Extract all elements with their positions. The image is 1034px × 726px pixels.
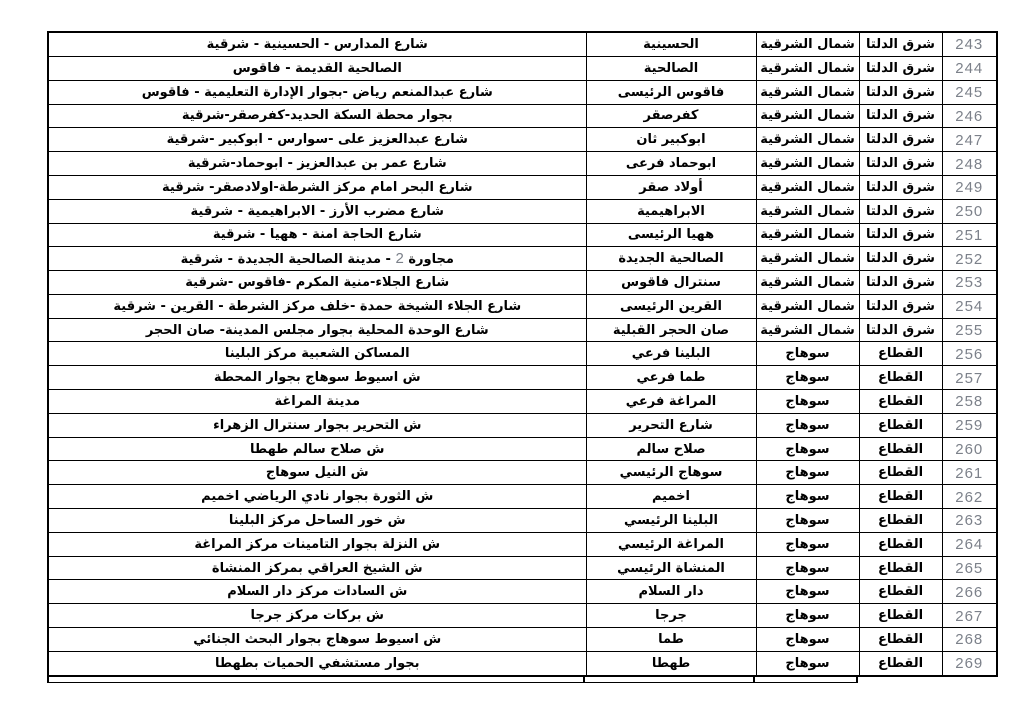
numeric-text: 249: [955, 179, 983, 196]
table-row: 260القطاعسوهاجصلاح سالمش صلاح سالم طهطا: [48, 437, 997, 461]
address-cell: ش النزلة بجوار التامينات مركز المراغة: [48, 532, 586, 556]
zone-cell: القطاع: [859, 604, 942, 628]
zone-cell: القطاع: [859, 509, 942, 533]
address-cell: ش اسيوط سوهاج بجوار المحطة: [48, 366, 586, 390]
numeric-text: 262: [955, 489, 983, 506]
exchange-directory-table-wrap: 243شرق الدلتاشمال الشرقيةالحسينيةشارع ال…: [47, 31, 998, 677]
address-cell: ش بركات مركز جرجا: [48, 604, 586, 628]
address-cell: ش الثورة بجوار نادي الرياضي اخميم: [48, 485, 586, 509]
exchange-name-cell: الصالحية: [586, 56, 756, 80]
exchange-name-cell: الحسينية: [586, 32, 756, 56]
governorate-cell: شمال الشرقية: [756, 104, 859, 128]
serial-number-cell: 246: [942, 104, 997, 128]
governorate-cell: سوهاج: [756, 461, 859, 485]
table-row: 262القطاعسوهاجاخميمش الثورة بجوار نادي ا…: [48, 485, 997, 509]
numeric-text: 2: [395, 250, 403, 267]
address-cell: ش خور الساحل مركز البلينا: [48, 509, 586, 533]
partial-next-row-fragment: [47, 677, 858, 683]
table-row: 256القطاعسوهاجالبلينا فرعيالمساكن الشعبي…: [48, 342, 997, 366]
governorate-cell: شمال الشرقية: [756, 271, 859, 295]
zone-cell: شرق الدلتا: [859, 104, 942, 128]
serial-number-cell: 248: [942, 152, 997, 176]
governorate-cell: شمال الشرقية: [756, 294, 859, 318]
zone-cell: شرق الدلتا: [859, 271, 942, 295]
serial-number-cell: 252: [942, 247, 997, 271]
table-row: 259القطاعسوهاجشارع التحريرش التحرير بجوا…: [48, 413, 997, 437]
table-row: 261القطاعسوهاجسوهاج الرئيسيش النيل سوهاج: [48, 461, 997, 485]
zone-cell: القطاع: [859, 485, 942, 509]
address-cell: شارع الحاجة امنة - ههيا - شرقية: [48, 223, 586, 247]
numeric-text: 260: [955, 441, 983, 458]
governorate-cell: سوهاج: [756, 580, 859, 604]
exchange-name-cell: أولاد صقر: [586, 175, 756, 199]
serial-number-cell: 245: [942, 80, 997, 104]
table-row: 247شرق الدلتاشمال الشرقيةابوكبير ثانشارع…: [48, 128, 997, 152]
numeric-text: 265: [955, 560, 983, 577]
address-cell: مدينة المراغة: [48, 390, 586, 414]
table-row: 250شرق الدلتاشمال الشرقيةالابراهيميةشارع…: [48, 199, 997, 223]
numeric-text: 264: [955, 536, 983, 553]
serial-number-cell: 255: [942, 318, 997, 342]
governorate-cell: سوهاج: [756, 342, 859, 366]
document-page: { "page": { "background": "#ffffff" }, "…: [0, 0, 1034, 726]
table-row: 253شرق الدلتاشمال الشرقيةسنترال فاقوسشار…: [48, 271, 997, 295]
zone-cell: شرق الدلتا: [859, 32, 942, 56]
address-cell: ش السادات مركز دار السلام: [48, 580, 586, 604]
table-row: 263القطاعسوهاجالبلينا الرئيسيش خور الساح…: [48, 509, 997, 533]
numeric-text: 245: [955, 84, 983, 101]
zone-cell: شرق الدلتا: [859, 318, 942, 342]
exchange-name-cell: طما فرعي: [586, 366, 756, 390]
governorate-cell: سوهاج: [756, 437, 859, 461]
table-row: 267القطاعسوهاججرجاش بركات مركز جرجا: [48, 604, 997, 628]
numeric-text: 248: [955, 156, 983, 173]
partial-row-border: [47, 677, 49, 682]
numeric-text: 253: [955, 274, 983, 291]
governorate-cell: شمال الشرقية: [756, 318, 859, 342]
exchange-name-cell: الصالحية الجديدة: [586, 247, 756, 271]
address-cell: ش الشيخ العراقي بمركز المنشاة: [48, 556, 586, 580]
zone-cell: القطاع: [859, 461, 942, 485]
table-row: 269القطاعسوهاجطهطابجوار مستشفي الحميات ب…: [48, 651, 997, 676]
exchange-name-cell: اخميم: [586, 485, 756, 509]
numeric-text: 252: [955, 251, 983, 268]
exchange-name-cell: صلاح سالم: [586, 437, 756, 461]
zone-cell: شرق الدلتا: [859, 56, 942, 80]
serial-number-cell: 260: [942, 437, 997, 461]
governorate-cell: سوهاج: [756, 651, 859, 676]
serial-number-cell: 254: [942, 294, 997, 318]
exchange-directory-table: 243شرق الدلتاشمال الشرقيةالحسينيةشارع ال…: [47, 31, 998, 677]
exchange-name-cell: المراغة الرئيسي: [586, 532, 756, 556]
address-cell: ش النيل سوهاج: [48, 461, 586, 485]
zone-cell: شرق الدلتا: [859, 152, 942, 176]
address-cell: ش التحرير بجوار سنترال الزهراء: [48, 413, 586, 437]
zone-cell: شرق الدلتا: [859, 175, 942, 199]
numeric-text: 244: [955, 60, 983, 77]
exchange-name-cell: شارع التحرير: [586, 413, 756, 437]
exchange-name-cell: المراغة فرعي: [586, 390, 756, 414]
table-row: 246شرق الدلتاشمال الشرقيةكفرصقربجوار محط…: [48, 104, 997, 128]
governorate-cell: شمال الشرقية: [756, 223, 859, 247]
serial-number-cell: 249: [942, 175, 997, 199]
address-cell: شارع عبدالعزيز على -سوارس - ابوكبير -شرق…: [48, 128, 586, 152]
serial-number-cell: 266: [942, 580, 997, 604]
address-cell: شارع مضرب الأرز - الابراهيمية - شرقية: [48, 199, 586, 223]
serial-number-cell: 253: [942, 271, 997, 295]
governorate-cell: سوهاج: [756, 390, 859, 414]
zone-cell: القطاع: [859, 580, 942, 604]
numeric-text: 266: [955, 584, 983, 601]
numeric-text: 251: [955, 227, 983, 244]
numeric-text: 257: [955, 370, 983, 387]
exchange-name-cell: ههيا الرئيسى: [586, 223, 756, 247]
exchange-name-cell: جرجا: [586, 604, 756, 628]
zone-cell: شرق الدلتا: [859, 294, 942, 318]
serial-number-cell: 264: [942, 532, 997, 556]
numeric-text: 259: [955, 417, 983, 434]
exchange-name-cell: صان الحجر القبلية: [586, 318, 756, 342]
zone-cell: القطاع: [859, 532, 942, 556]
serial-number-cell: 263: [942, 509, 997, 533]
zone-cell: القطاع: [859, 366, 942, 390]
address-cell: بجوار محطة السكة الحديد-كفرصقر-شرقية: [48, 104, 586, 128]
numeric-text: 254: [955, 298, 983, 315]
address-cell: ش اسيوط سوهاج بجوار البحث الجنائي: [48, 628, 586, 652]
zone-cell: القطاع: [859, 628, 942, 652]
table-row: 249شرق الدلتاشمال الشرقيةأولاد صقرشارع ا…: [48, 175, 997, 199]
table-row: 264القطاعسوهاجالمراغة الرئيسيش النزلة بج…: [48, 532, 997, 556]
governorate-cell: شمال الشرقية: [756, 32, 859, 56]
address-cell: شارع الوحدة المحلية بجوار مجلس المدينة- …: [48, 318, 586, 342]
serial-number-cell: 244: [942, 56, 997, 80]
serial-number-cell: 256: [942, 342, 997, 366]
governorate-cell: سوهاج: [756, 556, 859, 580]
numeric-text: 255: [955, 322, 983, 339]
address-cell: شارع عمر بن عبدالعزيز - ابوحماد-شرقية: [48, 152, 586, 176]
governorate-cell: سوهاج: [756, 485, 859, 509]
exchange-name-cell: سنترال فاقوس: [586, 271, 756, 295]
governorate-cell: سوهاج: [756, 413, 859, 437]
address-cell: الصالحية القديمة - فاقوس: [48, 56, 586, 80]
table-row: 248شرق الدلتاشمال الشرقيةابوحماد فرعىشار…: [48, 152, 997, 176]
serial-number-cell: 250: [942, 199, 997, 223]
partial-row-border: [583, 677, 585, 682]
exchange-name-cell: كفرصقر: [586, 104, 756, 128]
exchange-name-cell: البلينا فرعي: [586, 342, 756, 366]
exchange-name-cell: طهطا: [586, 651, 756, 676]
zone-cell: شرق الدلتا: [859, 223, 942, 247]
table-row: 266القطاعسوهاجدار السلامش السادات مركز د…: [48, 580, 997, 604]
exchange-name-cell: الابراهيمية: [586, 199, 756, 223]
numeric-text: 268: [955, 631, 983, 648]
zone-cell: شرق الدلتا: [859, 128, 942, 152]
table-row: 268القطاعسوهاجطماش اسيوط سوهاج بجوار الب…: [48, 628, 997, 652]
serial-number-cell: 258: [942, 390, 997, 414]
exchange-table-body: 243شرق الدلتاشمال الشرقيةالحسينيةشارع ال…: [48, 32, 997, 676]
serial-number-cell: 259: [942, 413, 997, 437]
table-row: 243شرق الدلتاشمال الشرقيةالحسينيةشارع ال…: [48, 32, 997, 56]
exchange-name-cell: ابوحماد فرعى: [586, 152, 756, 176]
partial-row-border: [856, 677, 858, 682]
numeric-text: 269: [955, 655, 983, 672]
governorate-cell: شمال الشرقية: [756, 56, 859, 80]
address-cell: المساكن الشعبية مركز البلينا: [48, 342, 586, 366]
exchange-name-cell: سوهاج الرئيسي: [586, 461, 756, 485]
exchange-name-cell: القرين الرئيسى: [586, 294, 756, 318]
address-cell: ش صلاح سالم طهطا: [48, 437, 586, 461]
table-row: 245شرق الدلتاشمال الشرقيةفاقوس الرئيسىشا…: [48, 80, 997, 104]
governorate-cell: سوهاج: [756, 366, 859, 390]
serial-number-cell: 261: [942, 461, 997, 485]
serial-number-cell: 268: [942, 628, 997, 652]
numeric-text: 261: [955, 465, 983, 482]
governorate-cell: سوهاج: [756, 604, 859, 628]
address-cell: شارع الجلاء-منية المكرم -فاقوس -شرقية: [48, 271, 586, 295]
zone-cell: شرق الدلتا: [859, 199, 942, 223]
exchange-name-cell: ابوكبير ثان: [586, 128, 756, 152]
table-row: 255شرق الدلتاشمال الشرقيةصان الحجر القبل…: [48, 318, 997, 342]
serial-number-cell: 247: [942, 128, 997, 152]
address-cell: شارع الجلاء الشيخة حمدة -خلف مركز الشرطة…: [48, 294, 586, 318]
exchange-name-cell: البلينا الرئيسي: [586, 509, 756, 533]
address-cell: شارع عبدالمنعم رياض -بجوار الإدارة التعل…: [48, 80, 586, 104]
numeric-text: 256: [955, 346, 983, 363]
address-cell: شارع البحر امام مركز الشرطة-اولادصقر- شر…: [48, 175, 586, 199]
numeric-text: 258: [955, 393, 983, 410]
exchange-name-cell: فاقوس الرئيسى: [586, 80, 756, 104]
table-row: 257القطاعسوهاجطما فرعيش اسيوط سوهاج بجوا…: [48, 366, 997, 390]
table-row: 265القطاعسوهاجالمنشاة الرئيسيش الشيخ الع…: [48, 556, 997, 580]
table-row: 254شرق الدلتاشمال الشرقيةالقرين الرئيسىش…: [48, 294, 997, 318]
serial-number-cell: 267: [942, 604, 997, 628]
partial-row-border: [753, 677, 755, 682]
numeric-text: 247: [955, 132, 983, 149]
governorate-cell: سوهاج: [756, 509, 859, 533]
governorate-cell: شمال الشرقية: [756, 175, 859, 199]
table-row: 244شرق الدلتاشمال الشرقيةالصالحيةالصالحي…: [48, 56, 997, 80]
zone-cell: القطاع: [859, 651, 942, 676]
governorate-cell: شمال الشرقية: [756, 80, 859, 104]
zone-cell: القطاع: [859, 390, 942, 414]
serial-number-cell: 262: [942, 485, 997, 509]
numeric-text: 250: [955, 203, 983, 220]
numeric-text: 263: [955, 512, 983, 529]
governorate-cell: شمال الشرقية: [756, 152, 859, 176]
serial-number-cell: 251: [942, 223, 997, 247]
table-row: 252شرق الدلتاشمال الشرقيةالصالحية الجديد…: [48, 247, 997, 271]
address-cell: مجاورة 2 - مدينة الصالحية الجديدة - شرقي…: [48, 247, 586, 271]
exchange-name-cell: المنشاة الرئيسي: [586, 556, 756, 580]
zone-cell: القطاع: [859, 413, 942, 437]
table-row: 251شرق الدلتاشمال الشرقيةههيا الرئيسىشار…: [48, 223, 997, 247]
serial-number-cell: 269: [942, 651, 997, 676]
address-cell: شارع المدارس - الحسينية - شرقية: [48, 32, 586, 56]
zone-cell: القطاع: [859, 437, 942, 461]
serial-number-cell: 243: [942, 32, 997, 56]
zone-cell: القطاع: [859, 342, 942, 366]
zone-cell: شرق الدلتا: [859, 247, 942, 271]
governorate-cell: شمال الشرقية: [756, 128, 859, 152]
governorate-cell: شمال الشرقية: [756, 199, 859, 223]
governorate-cell: شمال الشرقية: [756, 247, 859, 271]
address-cell: بجوار مستشفي الحميات بطهطا: [48, 651, 586, 676]
numeric-text: 243: [955, 36, 983, 53]
exchange-name-cell: طما: [586, 628, 756, 652]
exchange-name-cell: دار السلام: [586, 580, 756, 604]
serial-number-cell: 265: [942, 556, 997, 580]
serial-number-cell: 257: [942, 366, 997, 390]
governorate-cell: سوهاج: [756, 532, 859, 556]
numeric-text: 267: [955, 608, 983, 625]
zone-cell: شرق الدلتا: [859, 80, 942, 104]
numeric-text: 246: [955, 108, 983, 125]
table-row: 258القطاعسوهاجالمراغة فرعيمدينة المراغة: [48, 390, 997, 414]
zone-cell: القطاع: [859, 556, 942, 580]
governorate-cell: سوهاج: [756, 628, 859, 652]
